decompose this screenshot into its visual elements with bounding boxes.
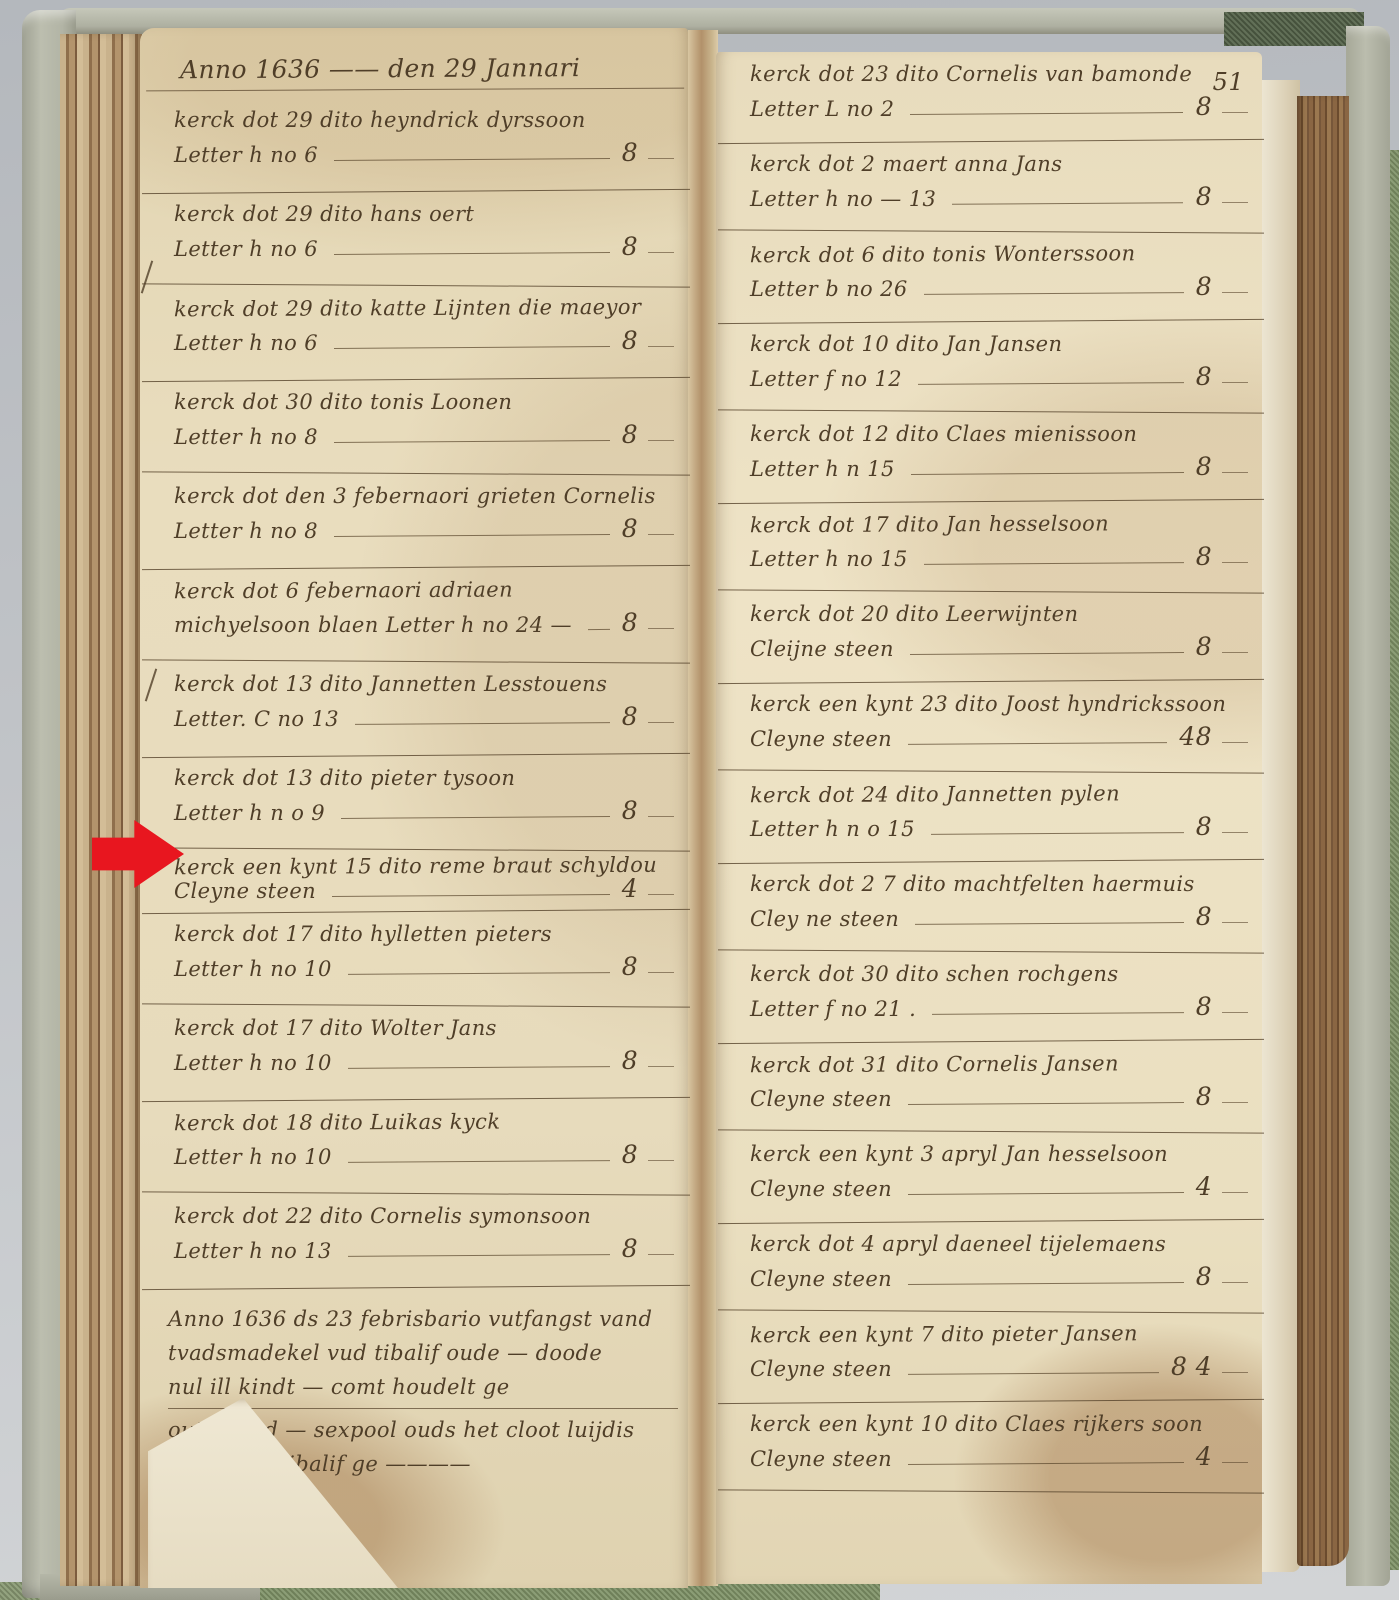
ledger-tail-dash xyxy=(1222,1282,1248,1283)
entry-text: kerck dot 24 dito Jannetten pylen xyxy=(750,781,1248,808)
entry-amount: 8 xyxy=(620,232,640,261)
ledger-tail-dash xyxy=(1222,1012,1248,1013)
register-entry: kerck dot 13 dito Jannetten LesstouensLe… xyxy=(140,662,688,756)
entry-letter-label: Cleijne steen xyxy=(750,637,894,661)
ledger-dash-line xyxy=(918,382,1184,385)
ledger-dash-line xyxy=(908,1282,1184,1285)
ledger-tail-dash xyxy=(1222,562,1248,563)
register-entry: kerck dot den 3 febernaori grieten Corne… xyxy=(140,474,688,568)
ledger-dash-line xyxy=(348,1160,610,1163)
ledger-tail-dash xyxy=(1222,1462,1248,1463)
register-entry: kerck dot 4 apryl daeneel tijelemaensCle… xyxy=(716,1222,1262,1312)
register-entry: kerck dot 29 dito katte Lijnten die maey… xyxy=(140,286,688,380)
entry-text: kerck dot 13 dito pieter tysoon xyxy=(174,766,674,790)
ledger-tail-dash xyxy=(648,972,674,973)
entry-amount: 8 xyxy=(620,1140,640,1169)
right-page: 51 kerck dot 23 dito Cornelis van bamond… xyxy=(716,52,1262,1584)
ledger-dash-line xyxy=(908,1102,1184,1105)
entry-amount: 8 xyxy=(1194,272,1214,301)
entry-amount: 8 xyxy=(620,608,640,637)
right-page-entries: kerck dot 23 dito Cornelis van bamondeLe… xyxy=(716,52,1262,1492)
entry-amount: 8 xyxy=(1194,812,1214,841)
entry-text: kerck dot 29 dito katte Lijnten die maey… xyxy=(174,295,674,322)
register-entry: kerck dot 24 dito Jannetten pylenLetter … xyxy=(716,772,1262,862)
ledger-dash-line xyxy=(908,742,1167,745)
ledger-dash-line xyxy=(910,652,1184,655)
entry-letter-label: Cleyne steen xyxy=(750,1087,892,1111)
entry-text: kerck dot 17 dito Wolter Jans xyxy=(174,1016,674,1040)
page-edge-right xyxy=(1262,80,1300,1572)
register-entry: kerck dot 23 dito Cornelis van bamondeLe… xyxy=(716,52,1262,142)
entry-amount: 8 xyxy=(1194,92,1214,121)
ledger-dash-line xyxy=(952,202,1183,205)
left-page: Anno 1636 —— den 29 Jannari kerck dot 29… xyxy=(140,28,688,1588)
entry-letter-label: Letter L no 2 xyxy=(750,97,894,121)
entry-text: kerck een kynt 7 dito pieter Jansen xyxy=(750,1321,1248,1348)
entry-separator-rule xyxy=(718,1489,1264,1493)
ledger-tail-dash xyxy=(1222,112,1248,113)
entry-amount: 8 xyxy=(620,796,640,825)
entry-letter-label: Cleyne steen xyxy=(750,1447,892,1471)
entry-text: kerck dot 12 dito Claes mienissoon xyxy=(750,422,1248,446)
left-page-entries: kerck dot 29 dito heyndrick dyrssoonLett… xyxy=(140,98,688,1288)
register-entry: kerck dot 6 dito tonis WonterssoonLetter… xyxy=(716,232,1262,322)
register-entry: kerck dot 29 dito heyndrick dyrssoonLett… xyxy=(140,98,688,192)
entry-amount: 8 xyxy=(1194,452,1214,481)
entry-text: kerck dot 20 dito Leerwijnten xyxy=(750,602,1248,626)
register-entry: kerck dot 20 dito LeerwijntenCleijne ste… xyxy=(716,592,1262,682)
entry-letter-label: Letter h no 10 xyxy=(174,1051,332,1075)
ledger-tail-dash xyxy=(648,534,674,535)
entry-text: kerck dot 29 dito hans oert xyxy=(174,202,674,226)
ledger-tail-dash xyxy=(648,158,674,159)
entry-letter-label: Cleyne steen xyxy=(750,1357,892,1381)
register-entry: kerck dot 2 7 dito machtfelten haermuisC… xyxy=(716,862,1262,952)
ledger-dash-line xyxy=(334,158,610,161)
ledger-tail-dash xyxy=(1222,382,1248,383)
entry-amount: 8 xyxy=(620,1234,640,1263)
ledger-tail-dash xyxy=(1222,292,1248,293)
ledger-tail-dash xyxy=(1222,742,1248,743)
ledger-dash-line xyxy=(348,1254,610,1257)
entry-letter-label: Cleyne steen xyxy=(750,1177,892,1201)
entry-letter-label: Letter h no 15 xyxy=(750,547,908,571)
register-entry: kerck dot 17 dito Wolter JansLetter h no… xyxy=(140,1006,688,1100)
ledger-dash-line xyxy=(908,1372,1159,1375)
entry-amount: 8 xyxy=(1194,542,1214,571)
entry-letter-label: Letter h no — 13 xyxy=(750,187,936,211)
entry-text: kerck een kynt 23 dito Joost hyndricksso… xyxy=(750,692,1248,716)
entry-amount: 4 xyxy=(1194,1442,1214,1471)
entry-letter-label: Letter f no 21 . xyxy=(750,997,916,1021)
ledger-tail-dash xyxy=(648,252,674,253)
ledger-dash-line xyxy=(924,562,1184,565)
entry-letter-label: Letter. C no 13 xyxy=(174,707,339,731)
book-cover-right-edge xyxy=(1346,26,1390,1586)
entry-text: kerck dot 29 dito heyndrick dyrssoon xyxy=(174,108,674,132)
register-entry: kerck dot 30 dito schen rochgensLetter f… xyxy=(716,952,1262,1042)
ledger-dash-line xyxy=(348,1066,610,1069)
entry-amount: 4 xyxy=(620,874,640,903)
photo-background: Anno 1636 —— den 29 Jannari kerck dot 29… xyxy=(0,0,1399,1600)
entry-letter-label: Letter f no 12 xyxy=(750,367,902,391)
entry-text: kerck dot 23 dito Cornelis van bamonde xyxy=(750,62,1248,86)
entry-amount: 8 xyxy=(620,1046,640,1075)
ledger-tail-dash xyxy=(648,816,674,817)
register-entry: kerck dot 31 dito Cornelis JansenCleyne … xyxy=(716,1042,1262,1132)
entry-amount: 8 xyxy=(1194,362,1214,391)
register-entry: kerck dot 30 dito tonis LoonenLetter h n… xyxy=(140,380,688,474)
register-entry: kerck een kynt 23 dito Joost hyndricksso… xyxy=(716,682,1262,772)
ledger-dash-line xyxy=(932,1012,1184,1015)
ledger-tail-dash xyxy=(1222,1192,1248,1193)
note-line: Anno 1636 ds 23 febrisbario vutfangst va… xyxy=(168,1302,678,1336)
ledger-tail-dash xyxy=(1222,202,1248,203)
ledger-tail-dash xyxy=(648,894,674,895)
ledger-dash-line xyxy=(355,722,610,725)
ledger-tail-dash xyxy=(648,346,674,347)
ledger-dash-line xyxy=(334,534,610,537)
entry-text: kerck dot 22 dito Cornelis symonsoon xyxy=(174,1204,674,1228)
entry-letter-label: Letter h no 10 xyxy=(174,1145,332,1169)
entry-amount: 8 xyxy=(1194,1262,1214,1291)
entry-text: kerck een kynt 10 dito Claes rijkers soo… xyxy=(750,1412,1248,1436)
entry-text: kerck dot 6 febernaori adriaen xyxy=(174,577,674,604)
entry-text: kerck dot 18 dito Luikas kyck xyxy=(174,1109,674,1136)
ledger-tail-dash xyxy=(648,1160,674,1161)
ledger-tail-dash xyxy=(1222,1372,1248,1373)
register-entry: kerck dot 29 dito hans oertLetter h no 6… xyxy=(140,192,688,286)
ledger-tail-dash xyxy=(1222,832,1248,833)
entry-text: kerck dot 30 dito schen rochgens xyxy=(750,962,1248,986)
ledger-dash-line xyxy=(915,922,1184,925)
ledger-tail-dash xyxy=(1222,922,1248,923)
entry-amount: 8 xyxy=(1194,1082,1214,1111)
entry-letter-label: Letter h no 8 xyxy=(174,519,318,543)
entry-text: kerck dot 2 7 dito machtfelten haermuis xyxy=(750,872,1248,896)
register-entry: kerck een kynt 3 apryl Jan hesselsoonCle… xyxy=(716,1132,1262,1222)
register-entry: kerck een kynt 7 dito pieter JansenCleyn… xyxy=(716,1312,1262,1402)
entry-amount: 8 xyxy=(1194,992,1214,1021)
register-entry: kerck dot 18 dito Luikas kyckLetter h no… xyxy=(140,1100,688,1194)
entry-letter-label: Cleyne steen xyxy=(174,879,316,903)
register-entry: kerck een kynt 15 dito reme braut schyld… xyxy=(140,850,688,912)
ledger-tail-dash xyxy=(1222,1102,1248,1103)
entry-amount: 8 xyxy=(620,326,640,355)
ledger-tail-dash xyxy=(648,628,674,629)
entry-letter-label: michyelsoon blaen Letter h no 24 — xyxy=(174,613,572,637)
ledger-dash-line xyxy=(931,832,1184,835)
register-entry: kerck dot 2 maert anna JansLetter h no —… xyxy=(716,142,1262,232)
register-entry: kerck dot 17 dito Jan hesselsoonLetter h… xyxy=(716,502,1262,592)
ledger-dash-line xyxy=(924,292,1184,295)
entry-text: kerck een kynt 3 apryl Jan hesselsoon xyxy=(750,1142,1248,1166)
ledger-tail-dash xyxy=(648,722,674,723)
register-entry: kerck dot 17 dito hylletten pietersLette… xyxy=(140,912,688,1006)
ledger-dash-line xyxy=(332,894,610,897)
ledger-dash-line xyxy=(334,346,610,349)
entry-text: kerck dot 2 maert anna Jans xyxy=(750,152,1248,176)
page-stack-left-edge xyxy=(60,34,142,1586)
entry-text: kerck dot 30 dito tonis Loonen xyxy=(174,390,674,414)
ledger-tail-dash xyxy=(1222,652,1248,653)
page-header-date: Anno 1636 —— den 29 Jannari xyxy=(146,27,684,92)
ledger-dash-line xyxy=(348,972,610,975)
entry-text: kerck dot 17 dito hylletten pieters xyxy=(174,922,674,946)
entry-amount: 8 xyxy=(1194,182,1214,211)
ledger-dash-line xyxy=(908,1462,1184,1465)
entry-letter-label: Letter b no 26 xyxy=(750,277,908,301)
entry-amount: 8 xyxy=(620,420,640,449)
entry-amount: 8 xyxy=(1194,632,1214,661)
entry-amount: 8 xyxy=(1194,902,1214,931)
entry-letter-label: Letter h no 13 xyxy=(174,1239,332,1263)
entry-text: kerck dot 13 dito Jannetten Lesstouens xyxy=(174,672,674,696)
entry-letter-label: Letter h no 10 xyxy=(174,957,332,981)
entry-letter-label: Cley ne steen xyxy=(750,907,899,931)
entry-text: kerck dot 10 dito Jan Jansen xyxy=(750,332,1248,356)
ledger-dash-line xyxy=(334,440,610,443)
register-entry: kerck dot 10 dito Jan JansenLetter f no … xyxy=(716,322,1262,412)
ledger-tail-dash xyxy=(648,440,674,441)
register-entry: kerck dot 6 febernaori adriaenmichyelsoo… xyxy=(140,568,688,662)
entry-letter-label: Letter h no 8 xyxy=(174,425,318,449)
ledger-dash-line xyxy=(341,816,610,819)
ledger-tail-dash xyxy=(1222,472,1248,473)
entry-letter-label: Letter h n o 15 xyxy=(750,817,915,841)
green-cloth-top-right xyxy=(1224,12,1364,46)
entry-text: kerck dot 17 dito Jan hesselsoon xyxy=(750,511,1248,538)
entry-letter-label: Letter h no 6 xyxy=(174,237,318,261)
register-entry: kerck dot 12 dito Claes mienissoonLetter… xyxy=(716,412,1262,502)
entry-letter-label: Letter h n o 9 xyxy=(174,801,325,825)
entry-text: kerck dot den 3 febernaori grieten Corne… xyxy=(174,484,674,508)
entry-amount: 8 xyxy=(620,702,640,731)
ledger-dash-line xyxy=(910,112,1183,115)
entry-letter-label: Cleyne steen xyxy=(750,727,892,751)
register-entry: kerck een kynt 10 dito Claes rijkers soo… xyxy=(716,1402,1262,1492)
entry-text: kerck dot 6 dito tonis Wonterssoon xyxy=(750,241,1248,268)
entry-letter-label: Letter h no 6 xyxy=(174,331,318,355)
entry-letter-label: Letter h no 6 xyxy=(174,143,318,167)
entry-text: kerck een kynt 15 dito reme braut schyld… xyxy=(174,853,674,880)
ledger-dash-line xyxy=(908,1192,1184,1195)
entry-amount: 48 xyxy=(1177,722,1214,751)
entry-letter-label: Cleyne steen xyxy=(750,1267,892,1291)
entry-text: kerck dot 31 dito Cornelis Jansen xyxy=(750,1051,1248,1078)
entry-amount: 8 4 xyxy=(1169,1352,1214,1381)
entry-letter-label: Letter h n 15 xyxy=(750,457,895,481)
note-line: tvadsmadekel vud tibalif oude — doode xyxy=(168,1336,678,1370)
register-entry: kerck dot 13 dito pieter tysoonLetter h … xyxy=(140,756,688,850)
ledger-dash-line xyxy=(588,629,610,630)
entry-amount: 8 xyxy=(620,138,640,167)
page-stack-right-edge xyxy=(1297,96,1349,1566)
ledger-tail-dash xyxy=(648,1254,674,1255)
ledger-dash-line xyxy=(334,252,610,255)
book-gutter xyxy=(688,30,718,1586)
register-entry: kerck dot 22 dito Cornelis symonsoonLett… xyxy=(140,1194,688,1288)
entry-amount: 8 xyxy=(620,952,640,981)
entry-amount: 8 xyxy=(620,514,640,543)
ledger-tail-dash xyxy=(648,1066,674,1067)
ledger-dash-line xyxy=(911,472,1184,475)
entry-text: kerck dot 4 apryl daeneel tijelemaens xyxy=(750,1232,1248,1256)
entry-amount: 4 xyxy=(1194,1172,1214,1201)
